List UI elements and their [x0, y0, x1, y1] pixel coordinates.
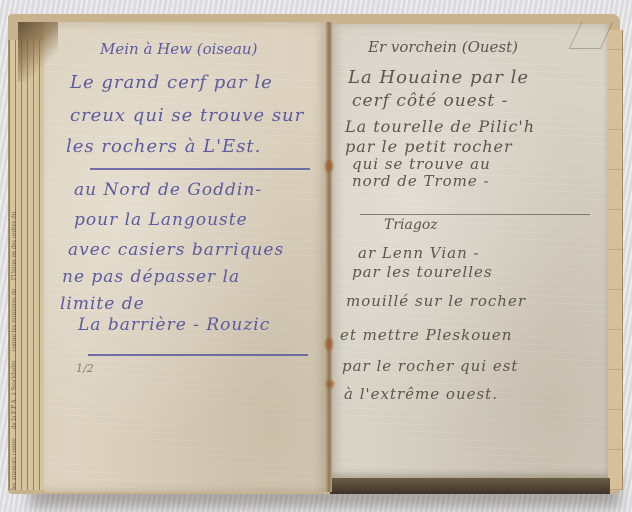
handwritten-line: nord de Trome -	[352, 172, 490, 190]
right-heading: Er vorchein (Ouest)	[368, 38, 518, 56]
folded-corner	[18, 22, 58, 82]
handwritten-line: pour la Langouste	[74, 210, 248, 230]
handwritten-line: qui se trouve au	[352, 155, 491, 173]
binding-gutter	[326, 22, 332, 492]
handwritten-line: limite de	[60, 294, 145, 314]
handwritten-line: par le petit rocher	[345, 137, 513, 156]
handwritten-line: au Nord de Goddin-	[74, 180, 262, 200]
left-heading: Mein à Hew (oiseau)	[100, 40, 257, 58]
handwritten-line: mouillé sur le rocher	[346, 292, 526, 310]
handwritten-line: à l'extrême ouest.	[344, 385, 498, 403]
handwritten-line: par le rocher qui est	[342, 357, 518, 375]
ink-divider	[88, 354, 308, 356]
page-mark: 1/2	[76, 362, 94, 375]
handwritten-line: avec casiers barriques	[68, 240, 284, 260]
page-stack-edge	[330, 478, 610, 494]
handwritten-line: La Houaine par le	[348, 67, 529, 88]
rust-stain	[325, 160, 333, 172]
handwritten-line: Le grand cerf par le	[70, 72, 273, 93]
handwritten-line: les rochers à L'Est.	[66, 136, 261, 157]
rust-stain	[326, 380, 334, 388]
handwritten-line: ar Lenn Vian -	[358, 244, 480, 262]
ink-divider	[90, 168, 310, 170]
handwritten-line: La tourelle de Pilic'h	[345, 117, 535, 136]
handwritten-line: ne pas dépasser la	[62, 267, 240, 287]
handwritten-line: La barrière - Rouzic	[78, 315, 270, 335]
handwritten-line: creux qui se trouve sur	[70, 105, 304, 126]
handwritten-line: cerf côté ouest -	[352, 91, 508, 111]
rust-stain	[325, 338, 333, 350]
pencil-divider	[360, 214, 590, 215]
newspaper-text: les attentats contre ... de la F.P.A. à …	[10, 70, 48, 490]
section-heading: Triagoz	[384, 217, 438, 233]
handwritten-line: et mettre Pleskouen	[340, 326, 512, 344]
handwritten-line: par les tourelles	[352, 263, 493, 281]
